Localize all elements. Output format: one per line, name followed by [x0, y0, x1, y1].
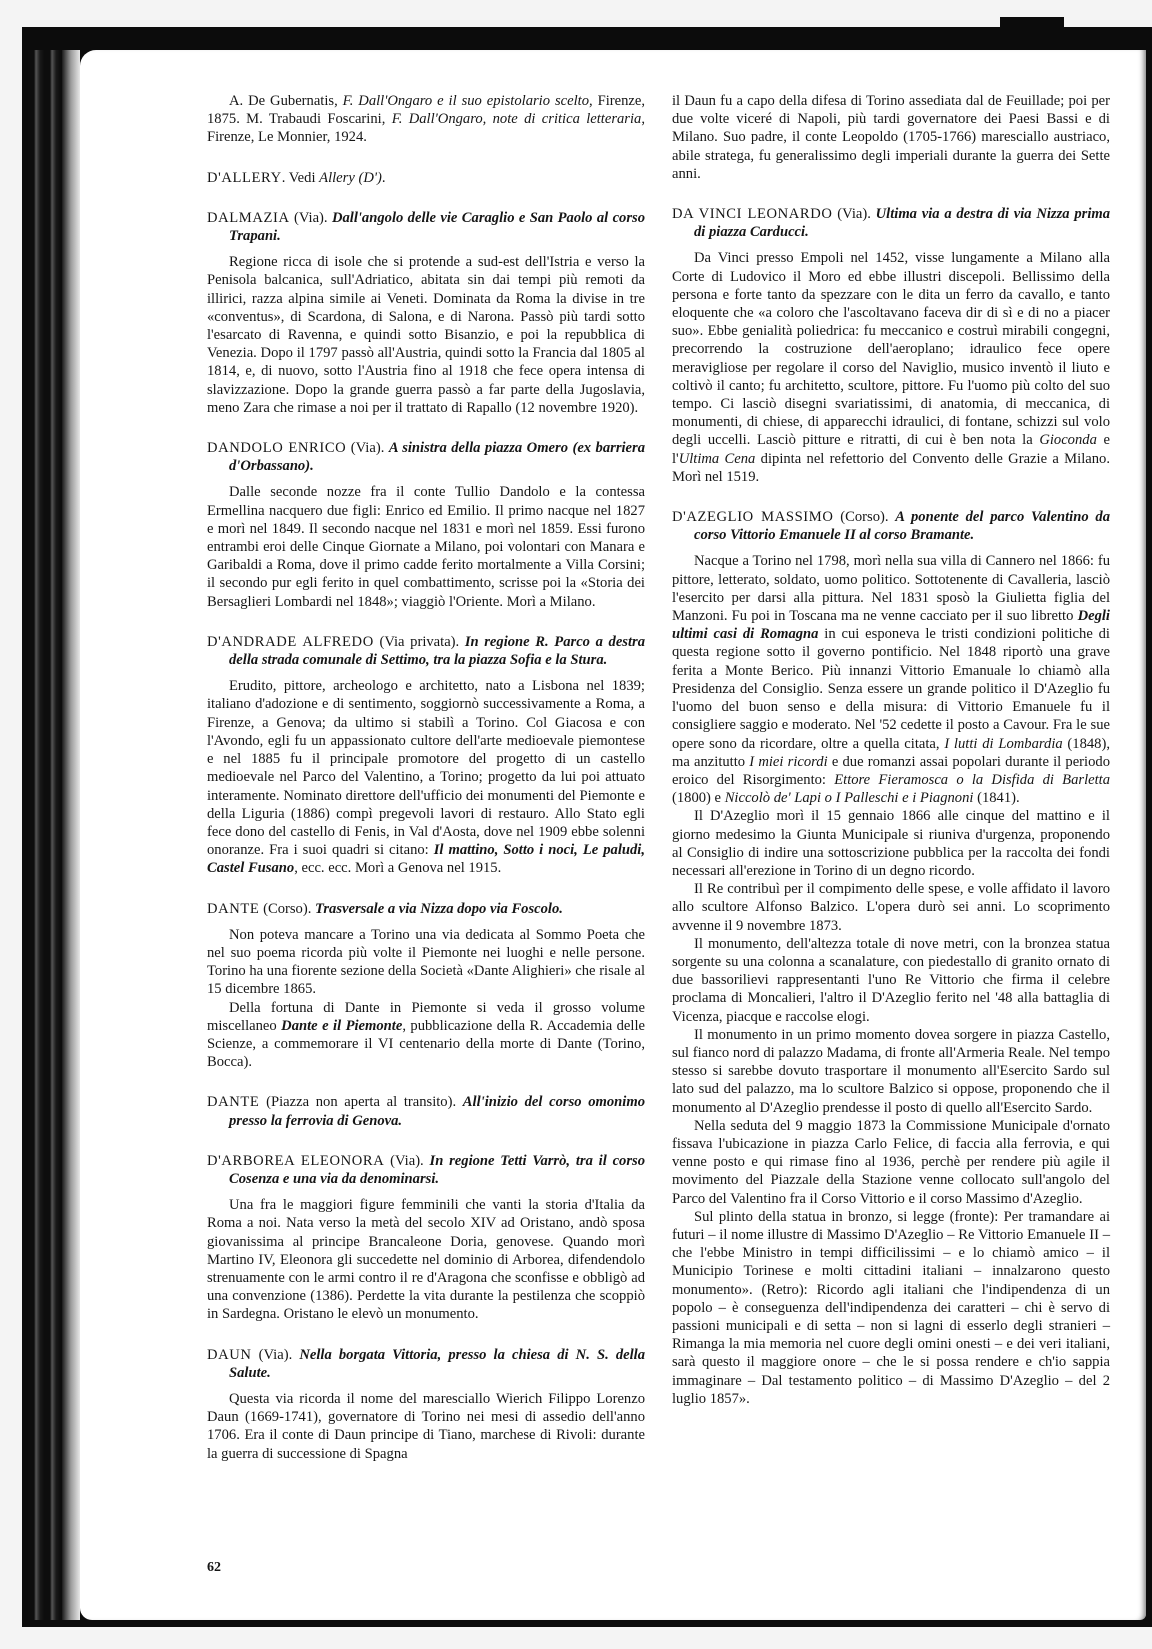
artwork-title: Gioconda: [1039, 432, 1097, 448]
entry-dalmazia: DALMAZIA (Via). Dall'angolo delle vie Ca…: [207, 209, 645, 417]
street-type: (Via).: [833, 206, 876, 222]
book-page-edges: [28, 50, 80, 1620]
monument-inscription: Sul plinto della statua in bronzo, si le…: [672, 1208, 1110, 1408]
headword: D'ALLERY: [207, 170, 282, 186]
cross-reference: Allery (D'): [319, 170, 382, 186]
entry-body: Nacque a Torino nel 1798, morì nella sua…: [672, 552, 1110, 807]
entry-body: Il monumento, dell'altezza totale di nov…: [672, 935, 1110, 1026]
street-type: (Via).: [252, 1347, 300, 1363]
entry-body: Dalle seconde nozze fra il conte Tullio …: [207, 483, 645, 610]
book-title: Niccolò de' Lapi o I Palleschi e i Piagn…: [725, 790, 974, 806]
entry-body: Non poteva mancare a Torino una via dedi…: [207, 926, 645, 999]
book-title: Dante e il Piemonte: [281, 1018, 402, 1034]
entry-body: Erudito, pittore, archeologo e architett…: [207, 677, 645, 877]
headword: DALMAZIA: [207, 210, 290, 226]
left-column: A. De Gubernatis, F. Dall'Ongaro e il su…: [207, 92, 645, 1485]
street-type: (Piazza non aperta al transito).: [259, 1094, 462, 1110]
headword: D'AZEGLIO MASSIMO: [672, 509, 834, 525]
entry-heading: DAUN (Via). Nella borgata Vittoria, pres…: [207, 1346, 645, 1382]
bibliography-paragraph: A. De Gubernatis, F. Dall'Ongaro e il su…: [207, 92, 645, 147]
entry-body: Della fortuna di Dante in Piemonte si ve…: [207, 999, 645, 1072]
entry-heading: D'AZEGLIO MASSIMO (Corso). A ponente del…: [672, 508, 1110, 544]
entry-daun-continued: il Daun fu a capo della difesa di Torino…: [672, 92, 1110, 183]
page-number: 62: [207, 1560, 221, 1576]
artwork-title: Ultima Cena: [679, 451, 756, 467]
entry-body: Il Re contribuì per il compimento delle …: [672, 880, 1110, 935]
entry-daun: DAUN (Via). Nella borgata Vittoria, pres…: [207, 1346, 645, 1463]
entry-dazeglio-massimo: D'AZEGLIO MASSIMO (Corso). A ponente del…: [672, 508, 1110, 1408]
entry-body: Il monumento in un primo momento dovea s…: [672, 1026, 1110, 1117]
headword: DANTE: [207, 901, 259, 917]
entry-dante-corso: DANTE (Corso). Trasversale a via Nizza d…: [207, 900, 645, 1072]
entry-da-vinci-leonardo: DA VINCI LEONARDO (Via). Ultima via a de…: [672, 205, 1110, 486]
headword: DANTE: [207, 1094, 259, 1110]
book-title: Ettore Fieramosca o la Disfida di Barlet…: [834, 772, 1110, 788]
entry-heading: DALMAZIA (Via). Dall'angolo delle vie Ca…: [207, 209, 645, 245]
book-title: I miei ricordi: [749, 754, 827, 770]
headword: D'ARBOREA ELEONORA: [207, 1153, 384, 1169]
book-title: F. Dall'Ongaro e il suo epistolario scel…: [343, 93, 589, 109]
book-title: I lutti di Lombardia: [944, 736, 1062, 752]
entry-body: Da Vinci presso Empoli nel 1452, visse l…: [672, 249, 1110, 486]
entry-body: Regione ricca di isole che si protende a…: [207, 253, 645, 417]
entry-heading: DANTE (Corso). Trasversale a via Nizza d…: [207, 900, 645, 918]
book-title: F. Dall'Ongaro, note di critica letterar…: [392, 111, 642, 127]
street-type: (Via).: [346, 440, 388, 456]
headword: DAUN: [207, 1347, 252, 1363]
entry-heading: DANTE (Piazza non aperta al transito). A…: [207, 1093, 645, 1129]
street-type: (Corso).: [259, 901, 315, 917]
entry-heading: D'ALLERY. Vedi Allery (D').: [207, 169, 645, 187]
street-type: (Via privata).: [374, 634, 465, 650]
street-type: (Via).: [290, 210, 332, 226]
entry-body-continued: il Daun fu a capo della difesa di Torino…: [672, 92, 1110, 183]
entry-dandolo-enrico: DANDOLO ENRICO (Via). A sinistra della p…: [207, 439, 645, 611]
entry-body: Il D'Azeglio morì il 15 gennaio 1866 all…: [672, 807, 1110, 880]
entry-dandrade-alfredo: D'ANDRADE ALFREDO (Via privata). In regi…: [207, 633, 645, 878]
entry-body: Questa via ricorda il nome del marescial…: [207, 1390, 645, 1463]
entry-body: Nella seduta del 9 maggio 1873 la Commis…: [672, 1117, 1110, 1208]
street-location: Trasversale a via Nizza dopo via Foscolo…: [315, 901, 563, 917]
entry-heading: D'ARBOREA ELEONORA (Via). In regione Tet…: [207, 1152, 645, 1188]
headword: D'ANDRADE ALFREDO: [207, 634, 374, 650]
entry-heading: D'ANDRADE ALFREDO (Via privata). In regi…: [207, 633, 645, 669]
entry-dallongaro-bibliography: A. De Gubernatis, F. Dall'Ongaro e il su…: [207, 92, 645, 147]
entry-heading: DA VINCI LEONARDO (Via). Ultima via a de…: [672, 205, 1110, 241]
entry-body: Una fra le maggiori figure femminili che…: [207, 1196, 645, 1323]
scan-frame-tab: [1000, 17, 1064, 49]
street-type: (Via).: [384, 1153, 429, 1169]
entry-heading: DANDOLO ENRICO (Via). A sinistra della p…: [207, 439, 645, 475]
book-page: A. De Gubernatis, F. Dall'Ongaro e il su…: [80, 50, 1146, 1620]
entry-dante-piazza: DANTE (Piazza non aperta al transito). A…: [207, 1093, 645, 1129]
headword: DANDOLO ENRICO: [207, 440, 346, 456]
headword: DA VINCI LEONARDO: [672, 206, 833, 222]
entry-dallery: D'ALLERY. Vedi Allery (D').: [207, 169, 645, 187]
right-column: il Daun fu a capo della difesa di Torino…: [672, 92, 1110, 1430]
entry-darborea-eleonora: D'ARBOREA ELEONORA (Via). In regione Tet…: [207, 1152, 645, 1324]
street-type: (Corso).: [834, 509, 896, 525]
